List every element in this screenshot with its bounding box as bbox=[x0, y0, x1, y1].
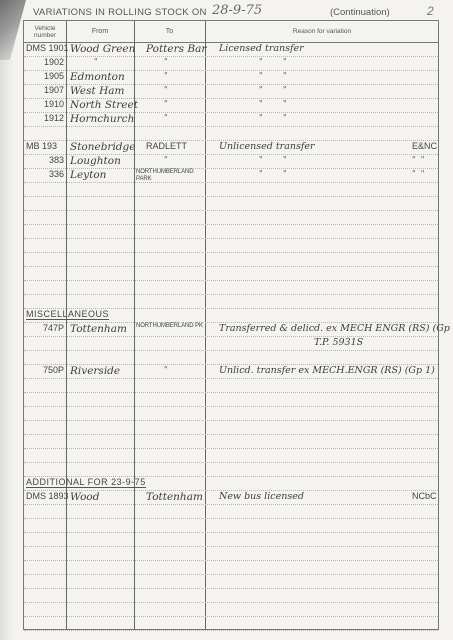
form-date: 28-9-75 bbox=[212, 3, 262, 18]
section-heading: ADDITIONAL FOR 23-9-75 bbox=[26, 477, 146, 488]
to-garage: " bbox=[164, 99, 168, 108]
ruled-row-line bbox=[24, 616, 438, 617]
variation-reason: " " bbox=[259, 169, 287, 178]
ruled-row-line bbox=[24, 546, 438, 547]
ruled-row-line bbox=[24, 574, 438, 575]
ruled-row-line bbox=[24, 406, 438, 407]
from-garage: Stonebridge bbox=[70, 141, 135, 153]
binding-shadow bbox=[0, 60, 14, 640]
from-garage: Wood bbox=[70, 491, 99, 503]
ruled-row-line bbox=[24, 294, 438, 295]
variation-reason: Licensed transfer bbox=[219, 43, 304, 54]
ruled-row-line bbox=[24, 462, 438, 463]
form-title: VARIATIONS IN ROLLING STOCK ON bbox=[33, 7, 207, 18]
from-garage: Tottenham bbox=[70, 323, 127, 335]
to-garage: " bbox=[164, 365, 168, 374]
vehicle-number: 1905 bbox=[24, 71, 64, 81]
ruled-row-line bbox=[24, 182, 438, 183]
to-garage: " bbox=[164, 85, 168, 94]
table-header: Vehiclenumber From To Reason for variati… bbox=[24, 21, 438, 43]
ruled-row-line bbox=[24, 280, 438, 281]
to-garage: Tottenham bbox=[146, 491, 203, 503]
to-garage: Potters Bar bbox=[146, 43, 206, 55]
from-garage: Leyton bbox=[70, 169, 106, 181]
variation-reason: " " bbox=[259, 155, 287, 164]
vehicle-number: DMS 1901 bbox=[26, 43, 69, 53]
ruled-row-line bbox=[24, 224, 438, 225]
ruled-row-line bbox=[24, 560, 438, 561]
from-garage: " bbox=[94, 57, 98, 66]
to-garage: NORTHUMBERLAND PK bbox=[136, 323, 204, 330]
ruled-row-line bbox=[24, 56, 438, 57]
ruled-row-line bbox=[24, 350, 438, 351]
ruled-row-line bbox=[24, 602, 438, 603]
vehicle-number: MB 193 bbox=[26, 141, 57, 151]
ruled-row-line bbox=[24, 518, 438, 519]
variation-reason: " " bbox=[259, 85, 287, 94]
ruled-row-line bbox=[24, 266, 438, 267]
ruled-row-line bbox=[24, 448, 438, 449]
vehicle-number: 1907 bbox=[24, 85, 64, 95]
ruled-row-line bbox=[24, 420, 438, 421]
vehicle-number: 383 bbox=[24, 155, 64, 165]
from-garage: North Street bbox=[70, 99, 138, 111]
ruled-row-line bbox=[24, 210, 438, 211]
to-garage: " bbox=[164, 113, 168, 122]
garage-code-note: " " bbox=[412, 169, 424, 178]
header-vehicle-number: Vehiclenumber bbox=[24, 21, 66, 42]
from-garage: Wood Green bbox=[70, 43, 135, 55]
to-garage: NORTHUMBERLAND PARK bbox=[136, 169, 204, 183]
ruled-row-line bbox=[24, 434, 438, 435]
page-number: 2 bbox=[427, 4, 434, 18]
header-from: From bbox=[66, 21, 134, 42]
vehicle-number: 1910 bbox=[24, 99, 64, 109]
header-reason: Reason for variation bbox=[205, 21, 439, 42]
from-garage: Hornchurch bbox=[70, 113, 134, 125]
variation-reason: New bus licensed bbox=[219, 491, 304, 502]
to-garage: " bbox=[164, 71, 168, 80]
section-heading: MISCELLANEOUS bbox=[26, 309, 109, 320]
continuation-label: (Continuation) bbox=[330, 7, 390, 18]
variation-reason: Transferred & delicd. ex MECH ENGR (RS) … bbox=[219, 323, 453, 334]
ruled-row-line bbox=[24, 504, 438, 505]
ruled-row-line bbox=[24, 336, 438, 337]
ruled-row-line bbox=[24, 630, 438, 631]
ruled-row-line bbox=[24, 532, 438, 533]
variation-reason: Unlicd. transfer ex MECH.ENGR (RS) (Gp 1… bbox=[219, 365, 435, 376]
to-garage: " bbox=[164, 155, 168, 164]
ruled-row-line bbox=[24, 238, 438, 239]
ruled-row-line bbox=[24, 392, 438, 393]
ruled-row-line bbox=[24, 196, 438, 197]
ruled-row-line bbox=[24, 588, 438, 589]
from-garage: Riverside bbox=[70, 365, 120, 377]
variation-reason: " " bbox=[259, 99, 287, 108]
vehicle-number: 1912 bbox=[24, 113, 64, 123]
vehicle-number: DMS 1893 bbox=[26, 491, 69, 501]
ruled-row-line bbox=[24, 252, 438, 253]
from-garage: West Ham bbox=[70, 85, 124, 97]
variation-reason: Unlicensed transfer bbox=[219, 141, 315, 152]
vehicle-number: 750P bbox=[24, 365, 64, 375]
vehicle-number: 1902 bbox=[24, 57, 64, 67]
garage-code-note: E&NC bbox=[412, 141, 437, 151]
from-garage: Edmonton bbox=[70, 71, 125, 83]
vehicle-number: 336 bbox=[24, 169, 64, 179]
variation-reason: T.P. 5931S bbox=[314, 337, 363, 348]
variation-reason: " " bbox=[259, 71, 287, 80]
to-garage: " bbox=[164, 57, 168, 66]
ruled-row-line bbox=[24, 126, 438, 127]
vehicle-number: 747P bbox=[24, 323, 64, 333]
rolling-stock-table: Vehiclenumber From To Reason for variati… bbox=[23, 20, 439, 630]
header-to: To bbox=[134, 21, 205, 42]
variation-reason: " " bbox=[259, 113, 287, 122]
garage-code-note: NCbC bbox=[412, 491, 437, 501]
garage-code-note: " " bbox=[412, 155, 424, 164]
from-garage: Loughton bbox=[70, 155, 121, 167]
variation-reason: " " bbox=[259, 57, 287, 66]
ruled-row-line bbox=[24, 378, 438, 379]
to-garage: RADLETT bbox=[146, 141, 187, 151]
